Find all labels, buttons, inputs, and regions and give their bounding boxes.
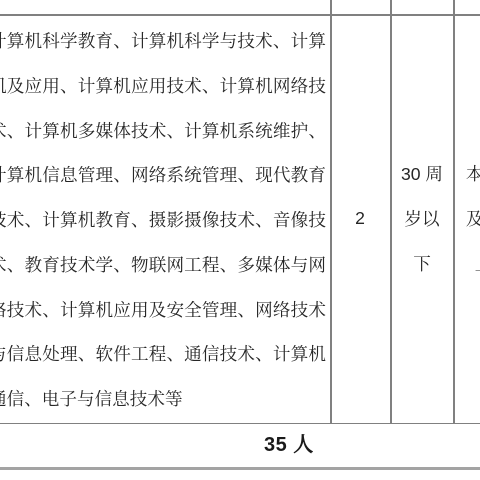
document-table-crop: 计算机科学教育、计算机科学与技术、计算 机及应用、计算机应用技术、计算机网络技 …: [0, 0, 480, 480]
quota-cell: 2: [331, 16, 389, 422]
majors-line: 技术、计算机教育、摄影摄像技术、音像技: [0, 198, 326, 243]
age-limit-cell: 30 周 岁以 下: [392, 152, 453, 286]
majors-line: 计算机科学教育、计算机科学与技术、计算: [0, 19, 326, 64]
total-row: 35 人: [0, 424, 480, 467]
age-limit-line: 下: [392, 242, 453, 287]
majors-line: 通信、电子与信息技术等: [0, 377, 326, 422]
majors-line: 络技术、计算机应用及安全管理、网络技术: [0, 288, 326, 333]
total-count: 35 人: [264, 424, 314, 467]
education-line: 上: [455, 242, 480, 287]
quota-value: 2: [355, 208, 365, 229]
majors-line: 计算机信息管理、网络系统管理、现代教育: [0, 153, 326, 198]
education-line: 及以: [455, 197, 480, 242]
majors-line: 与信息处理、软件工程、通信技术、计算机: [0, 332, 326, 377]
majors-cell: 计算机科学教育、计算机科学与技术、计算 机及应用、计算机应用技术、计算机网络技 …: [0, 19, 326, 422]
age-limit-line: 岁以: [392, 197, 453, 242]
majors-line: 术、教育技术学、物联网工程、多媒体与网: [0, 243, 326, 288]
table-row-divider-top: [0, 14, 480, 16]
education-cell: 本科 及以 上: [455, 152, 480, 286]
majors-line: 术、计算机多媒体技术、计算机系统维护、: [0, 109, 326, 154]
majors-line: 机及应用、计算机应用技术、计算机网络技: [0, 64, 326, 109]
table-outer-bottom-border: [0, 467, 480, 470]
age-limit-line: 30 周: [392, 152, 453, 197]
education-line: 本科: [455, 152, 480, 197]
